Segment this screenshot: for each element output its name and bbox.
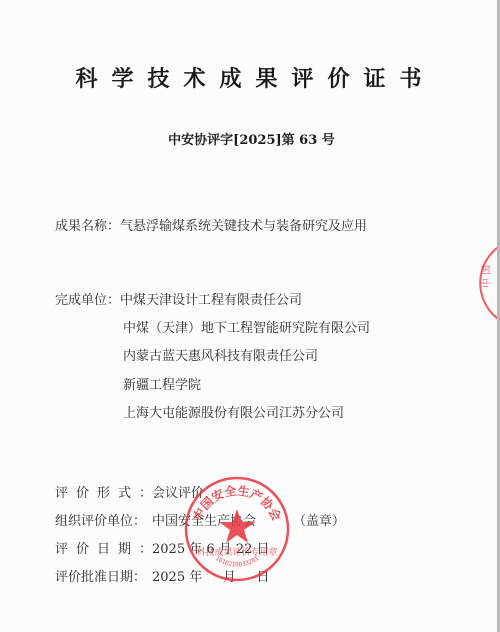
completing-unit: 新疆工程学院 [123,374,201,393]
completing-unit: 上海大屯能源股份有限公司江苏分公司 [123,402,344,421]
official-seal-icon: 中国安全生产协会 科技成果评价专用章 1010210033281 [183,475,291,583]
seal-bottom-text: 科技成果评价专用章 [196,546,277,558]
seal-note: （盖章） [293,510,345,529]
completing-units-row: 完成单位：中煤天津设计工程有限责任公司 [55,289,302,308]
certificate-title: 科学技术成果评价证书 [0,62,497,93]
approval-date-label: 评价批准日期： [55,566,152,585]
partial-seal-text: 中 国 [480,265,493,288]
evaluation-date-label: 评价日期： [55,538,152,557]
partial-seal-icon: 中 国 [472,238,500,328]
achievement-name-value: 气悬浮输煤系统关键技术与装备研究及应用 [120,219,367,234]
completing-unit: 中煤天津设计工程有限责任公司 [120,293,302,308]
document-number: 中安协评字[2025]第 63 号 [0,129,497,148]
completing-units-label: 完成单位： [55,289,120,308]
certificate-page: 科学技术成果评价证书 中安协评字[2025]第 63 号 成果名称：气悬浮输煤系… [0,0,497,632]
completing-unit: 内蒙古蓝天惠风科技有限责任公司 [123,345,318,364]
achievement-name-row: 成果名称：气悬浮输煤系统关键技术与装备研究及应用 [55,215,367,234]
evaluation-form-label: 评价形式： [55,482,152,501]
evaluation-form-row: 评价形式：会议评价 [55,482,204,501]
organizer-label: 组织评价单位： [55,510,152,529]
achievement-name-label: 成果名称： [55,215,120,234]
completing-unit: 中煤（天津）地下工程智能研究院有限公司 [123,317,370,336]
